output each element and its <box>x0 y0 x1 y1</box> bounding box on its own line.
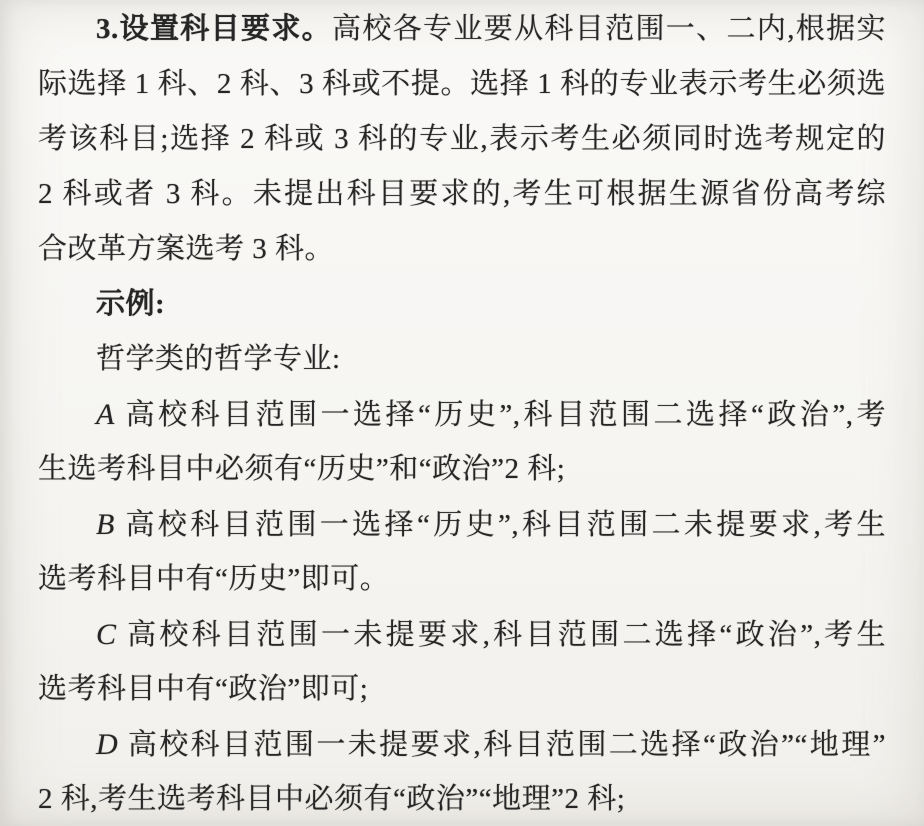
text-line: 际选择 1 科、2 科、3 科或不提。选择 1 科的专业表示考生必须选 <box>38 57 886 112</box>
text-segment: 生选考科目中必须有“历史”和“政治”2 科; <box>38 453 565 485</box>
text-segment: D <box>96 728 118 761</box>
text-line: 2 科或者 3 科。未提出科目要求的,考生可根据生源省份高考综 <box>38 167 886 222</box>
text-line: 生选考科目中必须有“历史”和“政治”2 科; <box>38 442 886 497</box>
text-segment: 3.设置科目要求。 <box>96 13 332 45</box>
text-line: 考该科目;选择 2 科或 3 科的专业,表示考生必须同时选考规定的 <box>38 112 886 167</box>
text-segment: 2 科或者 3 科。未提出科目要求的,考生可根据生源省份高考综 <box>38 178 886 210</box>
text-line: 示例: <box>38 277 886 332</box>
text-line: A 高校科目范围一选择“历史”,科目范围二选择“政治”,考 <box>38 387 886 442</box>
text-segment: 高校各专业要从科目范围一、二内,根据实 <box>332 13 886 45</box>
text-line: C 高校科目范围一未提要求,科目范围二选择“政治”,考生 <box>38 607 886 662</box>
text-line: 选考科目中有“政治”即可; <box>38 662 886 717</box>
text-segment: 合改革方案选考 3 科。 <box>38 233 334 265</box>
text-line: 合改革方案选考 3 科。 <box>38 222 886 277</box>
text-segment: 际选择 1 科、2 科、3 科或不提。选择 1 科的专业表示考生必须选 <box>38 68 886 100</box>
text-line: D 高校科目范围一未提要求,科目范围二选择“政治”“地理” <box>38 717 886 772</box>
text-segment: 高校科目范围一未提要求,科目范围二选择“政治”“地理” <box>118 729 886 761</box>
text-line: 哲学类的哲学专业: <box>38 332 886 387</box>
text-segment: 高校科目范围一选择“历史”,科目范围二选择“政治”,考 <box>115 399 886 431</box>
text-segment: 高校科目范围一选择“历史”,科目范围二未提要求,考生 <box>115 509 886 541</box>
text-line: 3.设置科目要求。高校各专业要从科目范围一、二内,根据实 <box>38 2 886 57</box>
text-line: 选考科目中有“历史”即可。 <box>38 552 886 607</box>
text-segment: 示例: <box>96 288 165 320</box>
text-segment: A <box>96 398 115 431</box>
text-segment: B <box>96 508 115 541</box>
document-page: 3.设置科目要求。高校各专业要从科目范围一、二内,根据实际选择 1 科、2 科、… <box>0 0 924 826</box>
text-segment: 高校科目范围一未提要求,科目范围二选择“政治”,考生 <box>117 619 886 651</box>
text-segment: C <box>96 618 117 651</box>
text-segment: 哲学类的哲学专业: <box>96 343 341 375</box>
document-text-block: 3.设置科目要求。高校各专业要从科目范围一、二内,根据实际选择 1 科、2 科、… <box>38 2 886 826</box>
text-line: B 高校科目范围一选择“历史”,科目范围二未提要求,考生 <box>38 497 886 552</box>
text-line: 2 科,考生选考科目中必须有“政治”“地理”2 科; <box>38 772 886 826</box>
text-segment: 选考科目中有“历史”即可。 <box>38 563 389 595</box>
text-segment: 选考科目中有“政治”即可; <box>38 673 368 705</box>
text-segment: 考该科目;选择 2 科或 3 科的专业,表示考生必须同时选考规定的 <box>38 123 886 155</box>
text-segment: 2 科,考生选考科目中必须有“政治”“地理”2 科; <box>38 783 625 815</box>
